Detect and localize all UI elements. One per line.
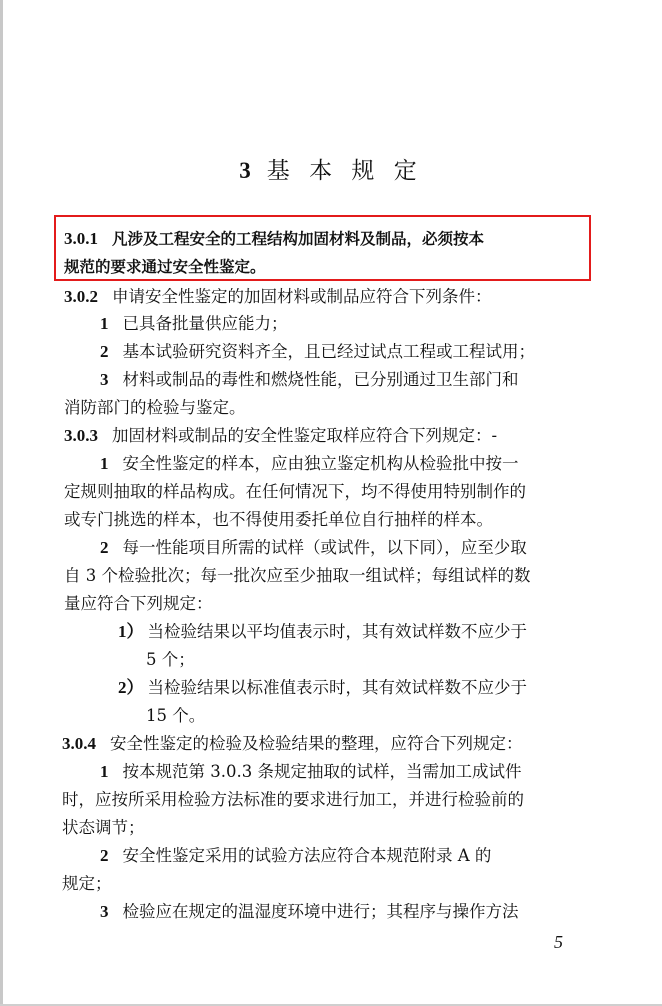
line-text: 检验应在规定的温湿度环境中进行；其程序与操作方法	[123, 902, 519, 921]
continuation-line: 或专门挑选的样本，也不得使用委托单位自行抽样的样本。	[64, 510, 493, 530]
clause-3-0-1-line-1: 3.0.1凡涉及工程安全的工程结构加固材料及制品，必须按本	[64, 229, 484, 249]
continuation-line: 时，应按所采用检验方法标准的要求进行加工，并进行检验前的	[62, 790, 524, 810]
list-item: 1已具备批量供应能力；	[100, 314, 288, 334]
line-text: 时，应按所采用检验方法标准的要求进行加工，并进行检验前的	[62, 790, 524, 809]
clause-number: 3.0.3	[64, 426, 98, 445]
line-text: 5 个；	[146, 650, 195, 669]
line-text: 安全性鉴定采用的试验方法应符合本规范附录 A 的	[123, 846, 492, 865]
page-number: 5	[554, 932, 563, 953]
continuation-line: 5 个；	[146, 650, 195, 670]
chapter-number: 3	[239, 158, 257, 183]
page-left-edge	[0, 0, 3, 1006]
list-item: 1按本规范第 3.0.3 条规定抽取的试样，当需加工成试件	[100, 762, 521, 782]
line-text: 自 3 个检验批次；每一批次应至少抽取一组试样；每组试样的数	[64, 566, 531, 585]
chapter-title-text: 基 本 规 定	[267, 158, 423, 184]
chapter-title: 3基 本 规 定	[0, 152, 662, 185]
line-text: 定规则抽取的样品构成。在任何情况下，均不得使用特别制作的	[64, 482, 526, 501]
continuation-line: 定规则抽取的样品构成。在任何情况下，均不得使用特别制作的	[64, 482, 526, 502]
continuation-line: 规定；	[62, 874, 112, 894]
line-text: 消防部门的检验与鉴定。	[64, 398, 246, 417]
line-text: 规定；	[62, 874, 112, 893]
item-number: 3	[100, 370, 109, 389]
item-number: 3	[100, 902, 109, 921]
clause-number: 3.0.1	[64, 229, 98, 248]
line-text: 量应符合下列规定：	[64, 594, 213, 613]
clause-3-0-3: 3.0.3加固材料或制品的安全性鉴定取样应符合下列规定：-	[64, 426, 497, 446]
list-item: 2每一性能项目所需的试样（或试件，以下同），应至少取	[100, 538, 527, 558]
item-number: 2	[100, 538, 109, 557]
line-text: 当检验结果以标准值表示时，其有效试样数不应少于	[148, 678, 528, 697]
list-item: 1安全性鉴定的样本，应由独立鉴定机构从检验批中按一	[100, 454, 519, 474]
line-text: 加固材料或制品的安全性鉴定取样应符合下列规定：-	[112, 426, 497, 445]
continuation-line: 消防部门的检验与鉴定。	[64, 398, 246, 418]
clause-number: 3.0.4	[62, 734, 96, 753]
clause-3-0-2: 3.0.2申请安全性鉴定的加固材料或制品应符合下列条件：	[64, 287, 492, 307]
clause-number: 3.0.2	[64, 287, 98, 306]
line-text: 或专门挑选的样本，也不得使用委托单位自行抽样的样本。	[64, 510, 493, 529]
sub-item: 2）当检验结果以标准值表示时，其有效试样数不应少于	[118, 678, 527, 698]
line-text: 15 个。	[146, 706, 205, 725]
list-item: 3材料或制品的毒性和燃烧性能，已分别通过卫生部门和	[100, 370, 519, 390]
line-text: 规范的要求通过安全性鉴定。	[64, 258, 266, 276]
line-text: 安全性鉴定的样本，应由独立鉴定机构从检验批中按一	[123, 454, 519, 473]
item-number: 1	[100, 454, 109, 473]
item-number: 1	[100, 762, 109, 781]
sub-item: 1）当检验结果以平均值表示时，其有效试样数不应少于	[118, 622, 527, 642]
clause-3-0-1-line-2: 规范的要求通过安全性鉴定。	[64, 257, 266, 277]
line-text: 状态调节；	[62, 818, 145, 837]
list-item: 3检验应在规定的温湿度环境中进行；其程序与操作方法	[100, 902, 519, 922]
continuation-line: 自 3 个检验批次；每一批次应至少抽取一组试样；每组试样的数	[64, 566, 531, 586]
item-number: 2	[100, 342, 109, 361]
clause-3-0-4: 3.0.4安全性鉴定的检验及检验结果的整理，应符合下列规定：	[62, 734, 523, 754]
line-text: 已具备批量供应能力；	[123, 314, 288, 333]
line-text: 安全性鉴定的检验及检验结果的整理，应符合下列规定：	[110, 734, 523, 753]
sub-item-number: 2）	[118, 678, 144, 697]
continuation-line: 量应符合下列规定：	[64, 594, 213, 614]
line-text: 当检验结果以平均值表示时，其有效试样数不应少于	[148, 622, 528, 641]
item-number: 1	[100, 314, 109, 333]
item-number: 2	[100, 846, 109, 865]
continuation-line: 15 个。	[146, 706, 205, 726]
continuation-line: 状态调节；	[62, 818, 145, 838]
sub-item-number: 1）	[118, 622, 144, 641]
line-text: 凡涉及工程安全的工程结构加固材料及制品，必须按本	[112, 230, 484, 248]
line-text: 材料或制品的毒性和燃烧性能，已分别通过卫生部门和	[123, 370, 519, 389]
line-text: 基本试验研究资料齐全，且已经过试点工程或工程试用；	[123, 342, 536, 361]
line-text: 每一性能项目所需的试样（或试件，以下同），应至少取	[123, 538, 527, 557]
line-text: 按本规范第 3.0.3 条规定抽取的试样，当需加工成试件	[123, 762, 522, 781]
list-item: 2基本试验研究资料齐全，且已经过试点工程或工程试用；	[100, 342, 535, 362]
line-text: 申请安全性鉴定的加固材料或制品应符合下列条件：	[112, 287, 492, 306]
list-item: 2安全性鉴定采用的试验方法应符合本规范附录 A 的	[100, 846, 491, 866]
